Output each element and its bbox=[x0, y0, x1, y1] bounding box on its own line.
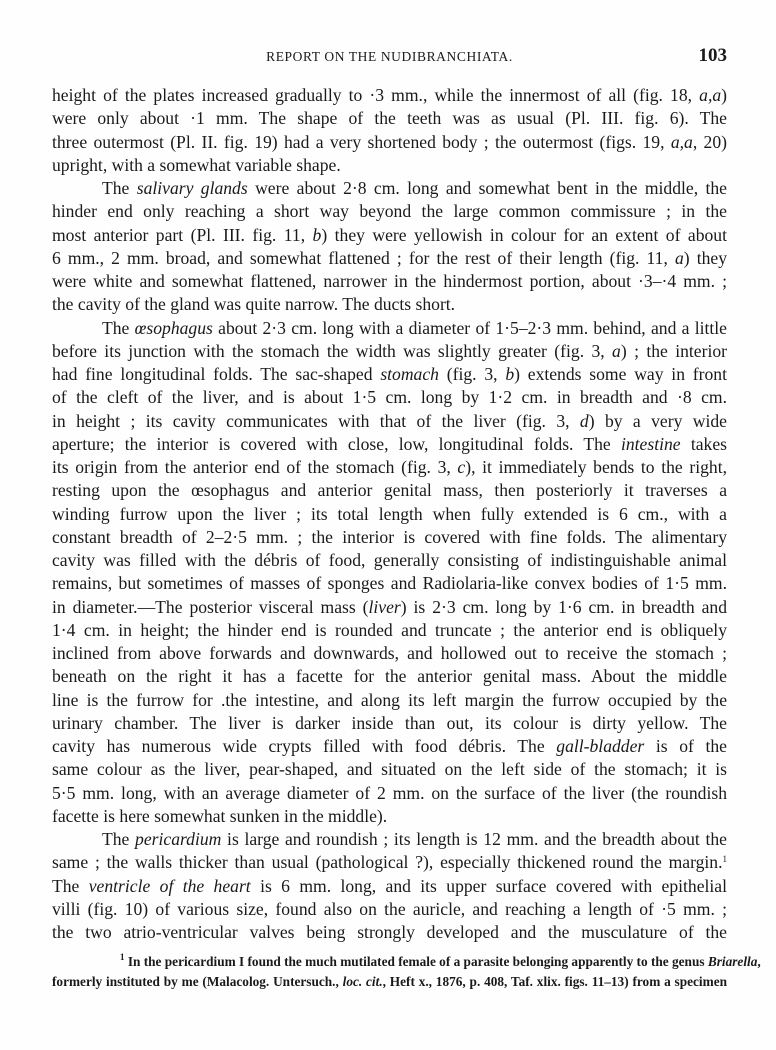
text-run: about 2·3 cm. long with a diameter of 1·… bbox=[213, 318, 727, 338]
italic-term: pericardium bbox=[135, 829, 221, 849]
italic-term: d bbox=[580, 411, 589, 431]
body-line: facette is here somewhat sunken in the m… bbox=[52, 805, 727, 828]
text-run: is large and roundish ; its length is 12… bbox=[221, 829, 727, 849]
text-run: most anterior part (Pl. III. fig. 11, bbox=[52, 225, 313, 245]
body-line: The pericardium is large and roundish ; … bbox=[52, 828, 727, 851]
text-run: , Heft x., 1876, p. 408, Taf. xlix. figs… bbox=[383, 974, 727, 989]
running-head: REPORT ON THE NUDIBRANCHIATA. 103 bbox=[52, 45, 727, 69]
text-run: of the cleft of the liver, and is about … bbox=[52, 387, 727, 407]
text-run: The bbox=[52, 876, 89, 896]
body-line: inclined from above forwards and downwar… bbox=[52, 642, 727, 665]
text-run: remains, but sometimes of masses of spon… bbox=[52, 573, 727, 593]
text-run: in diameter.—The posterior visceral mass… bbox=[52, 597, 369, 617]
italic-term: gall-bladder bbox=[556, 736, 644, 756]
italic-term: liver bbox=[369, 597, 401, 617]
body-line: 1·4 cm. in height; the hinder end is rou… bbox=[52, 619, 727, 642]
italic-term: a bbox=[675, 248, 684, 268]
footnote-line: formerly instituted by me (Malacolog. Un… bbox=[52, 972, 727, 992]
text-run: (fig. 3, bbox=[439, 364, 505, 384]
body-line: the two atrio-ventricular valves being s… bbox=[52, 921, 727, 944]
body-line: of the cleft of the liver, and is about … bbox=[52, 386, 727, 409]
italic-term: loc. cit. bbox=[343, 974, 383, 989]
body-line: three outermost (Pl. II. fig. 19) had a … bbox=[52, 131, 727, 154]
italic-term: a,a bbox=[699, 85, 721, 105]
footnote-line: 1 In the pericardium I found the much mu… bbox=[52, 952, 727, 972]
text-run: height of the plates increased gradually… bbox=[52, 85, 699, 105]
body-line: in height ; its cavity communicates with… bbox=[52, 410, 727, 433]
text-run: upright, with a somewhat variable shape. bbox=[52, 155, 341, 175]
text-run: ) extends some way in front bbox=[514, 364, 727, 384]
italic-term: a,a bbox=[671, 132, 693, 152]
page-number: 103 bbox=[699, 45, 728, 67]
body-line: most anterior part (Pl. III. fig. 11, b)… bbox=[52, 224, 727, 247]
text-run: beneath on the right it has a facette fo… bbox=[52, 666, 727, 686]
text-run: were only about ·1 mm. The shape of the … bbox=[52, 108, 727, 128]
body-line: hinder end only reaching a short way bey… bbox=[52, 200, 727, 223]
text-run: 1·4 cm. in height; the hinder end is rou… bbox=[52, 620, 727, 640]
text-run: 6 mm., 2 mm. broad, and somewhat flatten… bbox=[52, 248, 675, 268]
footnotes: 1 In the pericardium I found the much mu… bbox=[52, 952, 727, 992]
text-run: were about 2·8 cm. long and somewhat ben… bbox=[248, 178, 727, 198]
body-line: villi (fig. 10) of various size, found a… bbox=[52, 898, 727, 921]
text-run: aperture; the interior is covered with c… bbox=[52, 434, 621, 454]
document-page: REPORT ON THE NUDIBRANCHIATA. 103 height… bbox=[0, 0, 776, 1050]
text-run: the two atrio-ventricular valves being s… bbox=[52, 922, 727, 942]
body-line: resting upon the œsophagus and anterior … bbox=[52, 479, 727, 502]
text-run: The bbox=[102, 829, 135, 849]
text-run: before its junction with the stomach the… bbox=[52, 341, 612, 361]
text-run: line is the furrow for .the intestine, a… bbox=[52, 690, 727, 710]
text-run: is 6 mm. long, and its upper surface cov… bbox=[251, 876, 727, 896]
text-run: ) by a very wide bbox=[589, 411, 727, 431]
text-run: urinary chamber. The liver is darker ins… bbox=[52, 713, 727, 733]
body-line: in diameter.—The posterior visceral mass… bbox=[52, 596, 727, 619]
footnote-marker: 1 bbox=[723, 854, 728, 864]
text-run: same colour as the liver, pear-shaped, a… bbox=[52, 759, 727, 779]
text-run: the cavity of the gland was quite narrow… bbox=[52, 294, 455, 314]
text-run: facette is here somewhat sunken in the m… bbox=[52, 806, 387, 826]
body-line: 6 mm., 2 mm. broad, and somewhat flatten… bbox=[52, 247, 727, 270]
body-line: remains, but sometimes of masses of spon… bbox=[52, 572, 727, 595]
text-run: its origin from the anterior end of the … bbox=[52, 457, 457, 477]
text-run: The bbox=[102, 178, 137, 198]
body-line: before its junction with the stomach the… bbox=[52, 340, 727, 363]
text-run: inclined from above forwards and downwar… bbox=[52, 643, 727, 663]
text-run: ) ; the interior bbox=[621, 341, 727, 361]
text-run: ), it immediately bends to the right, bbox=[465, 457, 727, 477]
text-run: resting upon the œsophagus and anterior … bbox=[52, 480, 727, 500]
body-line: line is the furrow for .the intestine, a… bbox=[52, 689, 727, 712]
text-run: same ; the walls thicker than usual (pat… bbox=[52, 852, 723, 872]
body-line: cavity was filled with the débris of foo… bbox=[52, 549, 727, 572]
body-line: 5·5 mm. long, with an average diameter o… bbox=[52, 782, 727, 805]
body-line: beneath on the right it has a facette fo… bbox=[52, 665, 727, 688]
body-line: had fine longitudinal folds. The sac-sha… bbox=[52, 363, 727, 386]
body-line: The ventricle of the heart is 6 mm. long… bbox=[52, 875, 727, 898]
body-line: urinary chamber. The liver is darker ins… bbox=[52, 712, 727, 735]
body-line: aperture; the interior is covered with c… bbox=[52, 433, 727, 456]
text-run: takes bbox=[681, 434, 727, 454]
text-run: ) they were yellowish in colour for an e… bbox=[321, 225, 727, 245]
text-run: had fine longitudinal folds. The sac-sha… bbox=[52, 364, 380, 384]
body-text: height of the plates increased gradually… bbox=[52, 84, 727, 944]
body-line: winding furrow upon the liver ; its tota… bbox=[52, 503, 727, 526]
text-run: The bbox=[102, 318, 135, 338]
text-run: hinder end only reaching a short way bey… bbox=[52, 201, 727, 221]
running-title: REPORT ON THE NUDIBRANCHIATA. bbox=[52, 49, 727, 65]
body-line: the cavity of the gland was quite narrow… bbox=[52, 293, 727, 316]
italic-term: Briarella bbox=[708, 954, 758, 969]
text-run: ) bbox=[721, 85, 727, 105]
text-run: three outermost (Pl. II. fig. 19) had a … bbox=[52, 132, 671, 152]
body-line: its origin from the anterior end of the … bbox=[52, 456, 727, 479]
text-run: is of the bbox=[644, 736, 727, 756]
body-line: constant breadth of 2–2·5 mm. ; the inte… bbox=[52, 526, 727, 549]
text-run: cavity was filled with the débris of foo… bbox=[52, 550, 727, 570]
text-run: ) they bbox=[684, 248, 727, 268]
text-run: constant breadth of 2–2·5 mm. ; the inte… bbox=[52, 527, 727, 547]
text-run: ) is 2·3 cm. long by 1·6 cm. in breadth … bbox=[401, 597, 727, 617]
text-run: , bbox=[757, 954, 760, 969]
text-run: cavity has numerous wide crypts filled w… bbox=[52, 736, 556, 756]
italic-term: b bbox=[505, 364, 514, 384]
text-run: villi (fig. 10) of various size, found a… bbox=[52, 899, 727, 919]
text-run: in height ; its cavity communicates with… bbox=[52, 411, 580, 431]
body-line: height of the plates increased gradually… bbox=[52, 84, 727, 107]
text-run: , 20) bbox=[693, 132, 727, 152]
body-line: The œsophagus about 2·3 cm. long with a … bbox=[52, 317, 727, 340]
body-line: upright, with a somewhat variable shape. bbox=[52, 154, 727, 177]
body-line: same ; the walls thicker than usual (pat… bbox=[52, 851, 727, 874]
italic-term: a bbox=[612, 341, 621, 361]
body-line: same colour as the liver, pear-shaped, a… bbox=[52, 758, 727, 781]
body-line: The salivary glands were about 2·8 cm. l… bbox=[52, 177, 727, 200]
text-run: In the pericardium I found the much muti… bbox=[125, 954, 708, 969]
italic-term: œsophagus bbox=[135, 318, 213, 338]
body-line: were white and somewhat flattened, narro… bbox=[52, 270, 727, 293]
italic-term: intestine bbox=[621, 434, 681, 454]
text-run: winding furrow upon the liver ; its tota… bbox=[52, 504, 727, 524]
italic-term: stomach bbox=[380, 364, 439, 384]
body-line: cavity has numerous wide crypts filled w… bbox=[52, 735, 727, 758]
text-run: formerly instituted by me (Malacolog. Un… bbox=[52, 974, 343, 989]
body-line: were only about ·1 mm. The shape of the … bbox=[52, 107, 727, 130]
italic-term: ventricle of the heart bbox=[89, 876, 251, 896]
text-run: were white and somewhat flattened, narro… bbox=[52, 271, 727, 291]
italic-term: salivary glands bbox=[137, 178, 248, 198]
text-run: 5·5 mm. long, with an average diameter o… bbox=[52, 783, 727, 803]
